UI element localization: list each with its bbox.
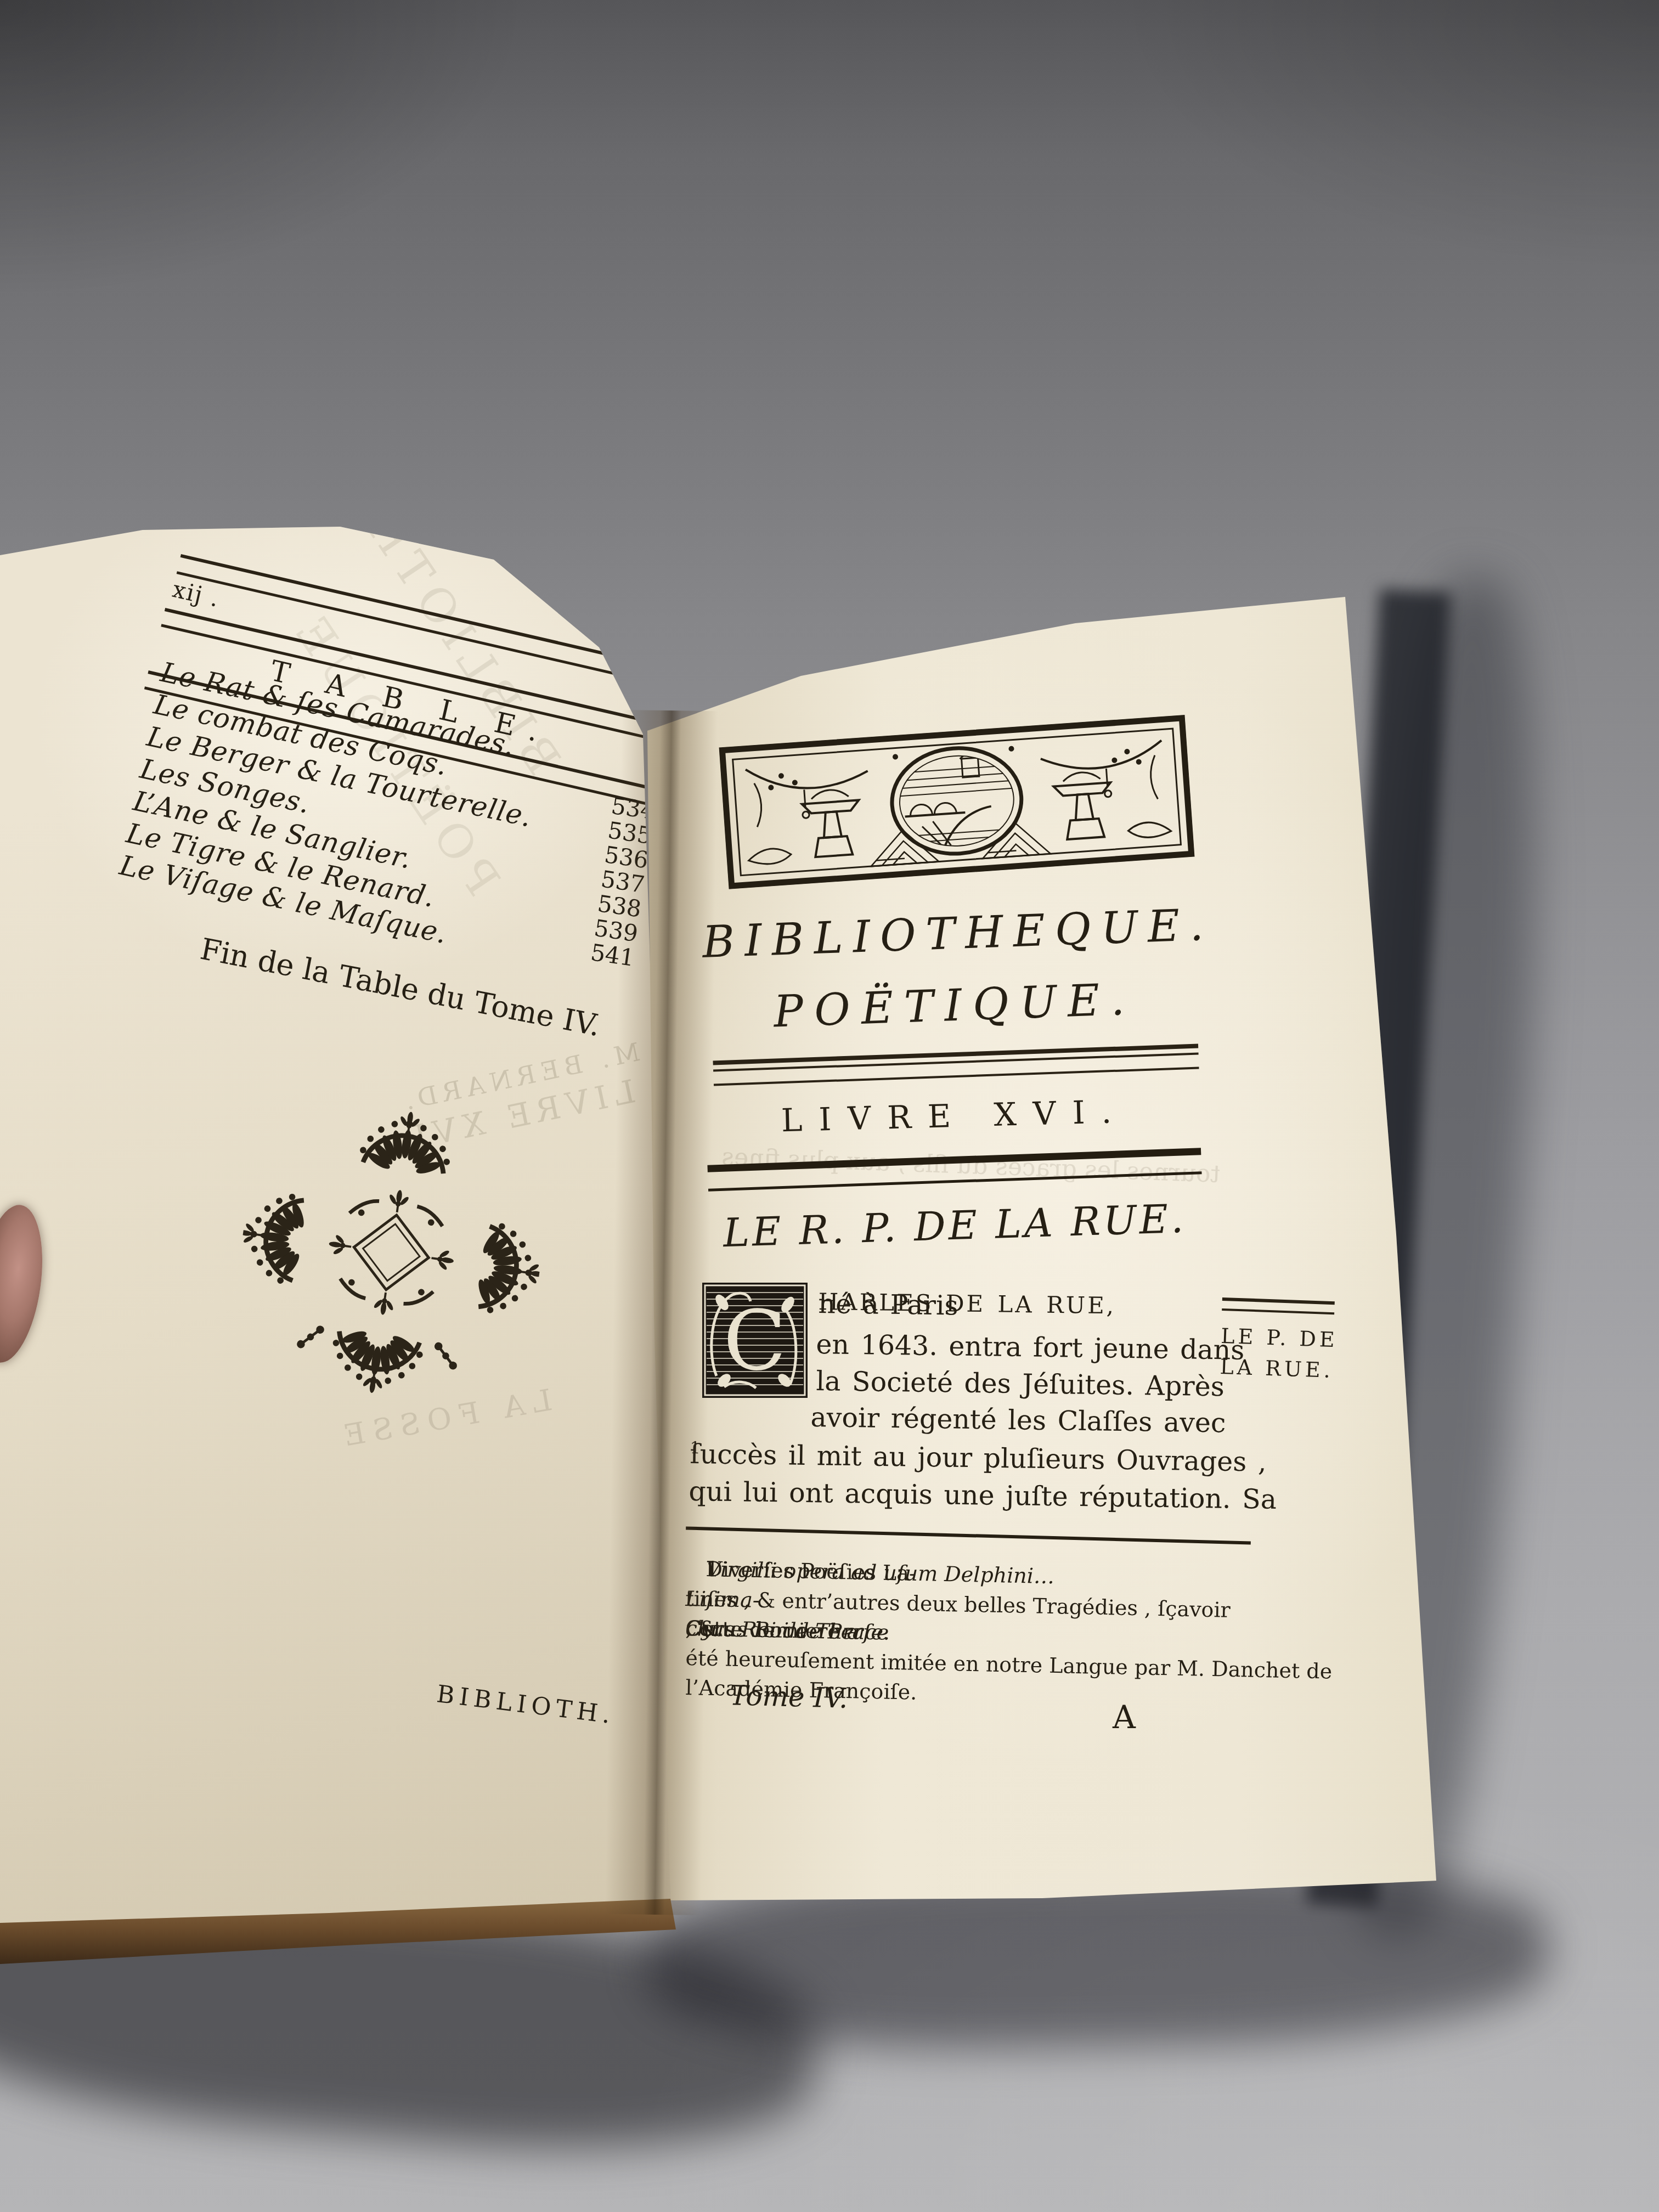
book-heading: LIVRE XVI. [702, 1091, 1207, 1141]
svg-text:C: C [724, 1294, 787, 1389]
paragraph-line: qui lui ont acquis une juſte réputation.… [689, 1476, 1277, 1515]
footnote-rule [686, 1527, 1251, 1545]
margin-note-line: LA RUE. [1220, 1351, 1380, 1387]
margin-note-line: LE P. DE [1221, 1321, 1381, 1357]
margin-rule [1222, 1308, 1334, 1314]
margin-note: LE P. DE LA RUE. [1220, 1297, 1381, 1387]
triple-rule [713, 1044, 1199, 1086]
text-segment: né à Paris [818, 1288, 958, 1322]
paragraph-line: avoir régenté les Claſſes avec [810, 1402, 1226, 1439]
photo-open-book: BIBLIOTHE POËTIQUE M. BERNARD. LIVRE XVI… [0, 0, 1659, 2212]
text-segment: ſuccès il mit au jour pluſieurs Ouvrages… [690, 1438, 1267, 1478]
headpiece-engraving [719, 715, 1195, 890]
paragraph-line: la Societé des Jéſuites. Après [816, 1365, 1224, 1402]
margin-rule [1222, 1297, 1335, 1305]
tome-label: Tome IV. [729, 1679, 848, 1714]
book-gutter-shadow [605, 710, 718, 1915]
series-title-line1: BIBLIOTHEQUE. [702, 899, 1208, 968]
chapter-heading: LE R. P. DE LA RUE. [696, 1194, 1213, 1256]
left-page: BIBLIOTHE POËTIQUE M. BERNARD. LIVRE XVI… [0, 524, 672, 1967]
text-segment: Diverſes Poëſies La- [706, 1557, 916, 1585]
text-segment: tines , & entr’autres deux belles Tragéd… [685, 1587, 1231, 1622]
fleuron-ornament [223, 1089, 560, 1416]
right-page: tournes les graces du fils , aux plus fi… [645, 592, 1440, 1904]
series-title-line2: POËTIQUE. [702, 971, 1208, 1040]
paragraph-line: en 1643. entra fort jeune dans [816, 1329, 1245, 1366]
decorated-initial-C: C [702, 1283, 808, 1398]
catchword: BIBLIOTH. [435, 1680, 617, 1730]
text-segment: Cette derniere a [685, 1616, 859, 1644]
signature-mark: A [1113, 1699, 1136, 1736]
